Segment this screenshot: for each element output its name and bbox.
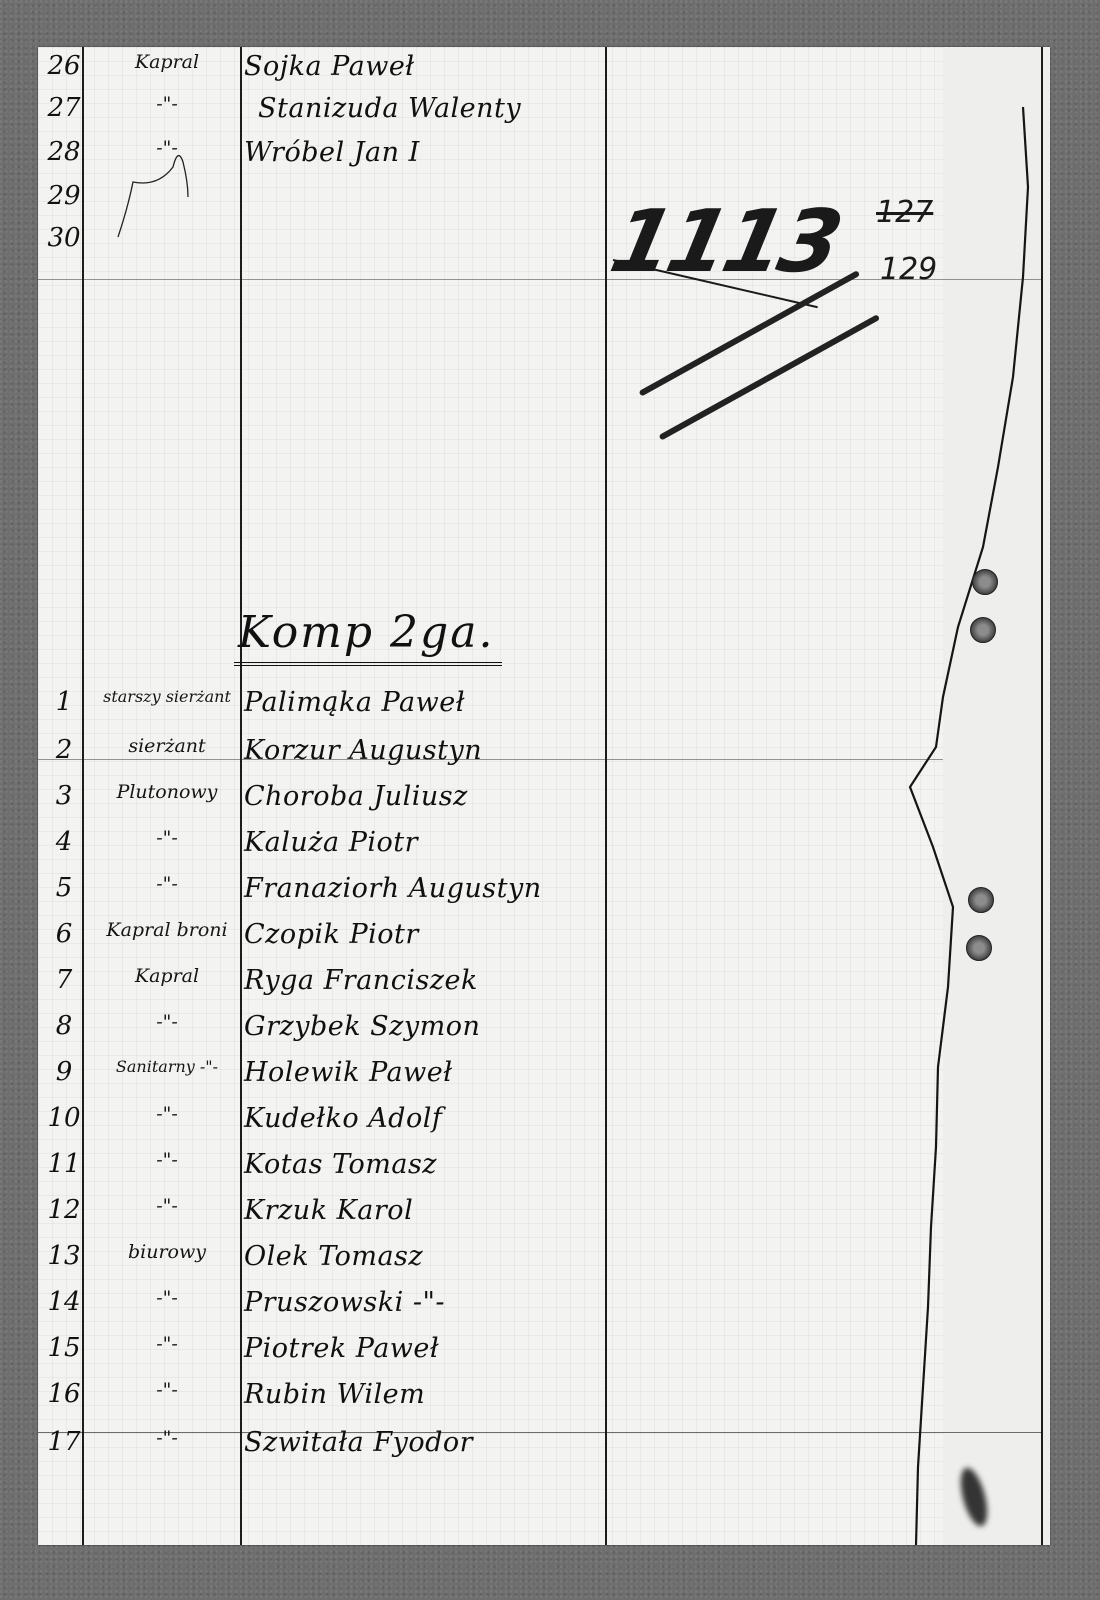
- roster-row: 15-"-Piotrek Paweł: [38, 1333, 638, 1381]
- punch-hole: [968, 887, 994, 913]
- row-name: Piotrek Paweł: [244, 1333, 439, 1364]
- row-rank: -"-: [88, 1149, 246, 1171]
- row-rank: -"-: [88, 1333, 246, 1355]
- row-name: Stanizuda Walenty: [258, 93, 521, 124]
- row-number: 15: [44, 1333, 84, 1363]
- row-name: Holewik Paweł: [244, 1057, 453, 1088]
- row-number: 8: [44, 1011, 84, 1041]
- punch-hole: [972, 569, 998, 595]
- roster-row: 12-"-Krzuk Karol: [38, 1195, 638, 1243]
- pen-scribble: [108, 137, 198, 247]
- roster-row: 13biurowyOlek Tomasz: [38, 1241, 638, 1289]
- row-name: Kudełko Adolf: [244, 1103, 442, 1134]
- roster-row: 10-"-Kudełko Adolf: [38, 1103, 638, 1151]
- roster-row: 16-"-Rubin Wilem: [38, 1379, 638, 1427]
- row-name: Grzybek Szymon: [244, 1011, 480, 1042]
- row-name: Ryga Franciszek: [244, 965, 478, 996]
- row-number: 2: [44, 735, 84, 765]
- row-name: Szwitała Fyodor: [244, 1427, 473, 1458]
- roster-row: 8-"-Grzybek Szymon: [38, 1011, 638, 1059]
- row-number: 30: [44, 223, 84, 253]
- row-number: 10: [44, 1103, 84, 1133]
- row-number: 5: [44, 873, 84, 903]
- roster-row: 5-"-Franaziorh Augustyn: [38, 873, 638, 921]
- row-number: 29: [44, 181, 84, 211]
- row-number: 9: [44, 1057, 84, 1087]
- punch-hole: [966, 935, 992, 961]
- row-number: 16: [44, 1379, 84, 1409]
- roster-row: 17-"-Szwitała Fyodor: [38, 1427, 638, 1475]
- roster-row: 14-"-Pruszowski -"-: [38, 1287, 638, 1335]
- row-name: Rubin Wilem: [244, 1379, 425, 1410]
- row-number: 17: [44, 1427, 84, 1457]
- row-name: Czopik Piotr: [244, 919, 419, 950]
- row-name: Krzuk Karol: [244, 1195, 413, 1226]
- roster-row: 11-"-Kotas Tomasz: [38, 1149, 638, 1197]
- row-rank: -"-: [88, 1287, 246, 1309]
- row-rank: Kapral: [88, 51, 246, 73]
- roster-row: 7KapralRyga Franciszek: [38, 965, 638, 1013]
- section-heading: Komp 2ga.: [234, 607, 502, 666]
- row-rank: biurowy: [88, 1241, 246, 1263]
- row-rank: -"-: [88, 827, 246, 849]
- row-rank: -"-: [88, 1195, 246, 1217]
- row-number: 6: [44, 919, 84, 949]
- roster-row: 9Sanitarny -"-Holewik Paweł: [38, 1057, 638, 1105]
- row-name: Kaluża Piotr: [244, 827, 418, 858]
- row-rank: -"-: [88, 1011, 246, 1033]
- replacement-number: 129: [880, 252, 937, 287]
- roster-row: 26 Kapral Sojka Paweł: [38, 51, 638, 99]
- crossed-number: 127: [876, 195, 933, 230]
- row-number: 1: [44, 687, 84, 717]
- row-number: 4: [44, 827, 84, 857]
- document-page: 26 Kapral Sojka Paweł 27 -"- Stanizuda W…: [38, 47, 1050, 1545]
- row-number: 11: [44, 1149, 84, 1179]
- row-rank: -"-: [88, 873, 246, 895]
- archive-number: 1113: [602, 192, 847, 292]
- row-name: Wróbel Jan I: [244, 137, 420, 168]
- row-rank: -"-: [88, 1103, 246, 1125]
- row-rank: Plutonowy: [88, 781, 246, 803]
- row-number: 26: [44, 51, 84, 81]
- row-name: Sojka Paweł: [244, 51, 415, 82]
- roster-row: 6Kapral broniCzopik Piotr: [38, 919, 638, 967]
- row-number: 27: [44, 93, 84, 123]
- row-rank: Kapral broni: [88, 919, 246, 941]
- row-rank: Sanitarny -"-: [88, 1057, 246, 1076]
- punch-hole: [970, 617, 996, 643]
- row-rank: starszy sierżant: [88, 687, 246, 706]
- row-rank: sierżant: [88, 735, 246, 757]
- row-name: Palimąka Paweł: [244, 687, 465, 718]
- row-name: Korzur Augustyn: [244, 735, 482, 766]
- roster-row: 2sierżantKorzur Augustyn: [38, 735, 638, 783]
- roster-row: 4-"-Kaluża Piotr: [38, 827, 638, 875]
- row-rank: Kapral: [88, 965, 246, 987]
- row-rank: -"-: [88, 1379, 246, 1401]
- row-number: 13: [44, 1241, 84, 1271]
- roster-row: 1starszy sierżantPalimąka Paweł: [38, 687, 638, 735]
- roster-row: 27 -"- Stanizuda Walenty: [38, 93, 638, 141]
- roster-row: 3PlutonowyChoroba Juliusz: [38, 781, 638, 829]
- row-rank: -"-: [88, 1427, 246, 1449]
- row-name: Choroba Juliusz: [244, 781, 468, 812]
- row-number: 12: [44, 1195, 84, 1225]
- row-number: 3: [44, 781, 84, 811]
- row-number: 28: [44, 137, 84, 167]
- row-name: Olek Tomasz: [244, 1241, 423, 1272]
- row-name: Kotas Tomasz: [244, 1149, 437, 1180]
- row-number: 7: [44, 965, 84, 995]
- row-number: 14: [44, 1287, 84, 1317]
- row-name: Franaziorh Augustyn: [244, 873, 542, 904]
- row-name: Pruszowski -"-: [244, 1287, 445, 1318]
- row-rank: -"-: [88, 93, 246, 115]
